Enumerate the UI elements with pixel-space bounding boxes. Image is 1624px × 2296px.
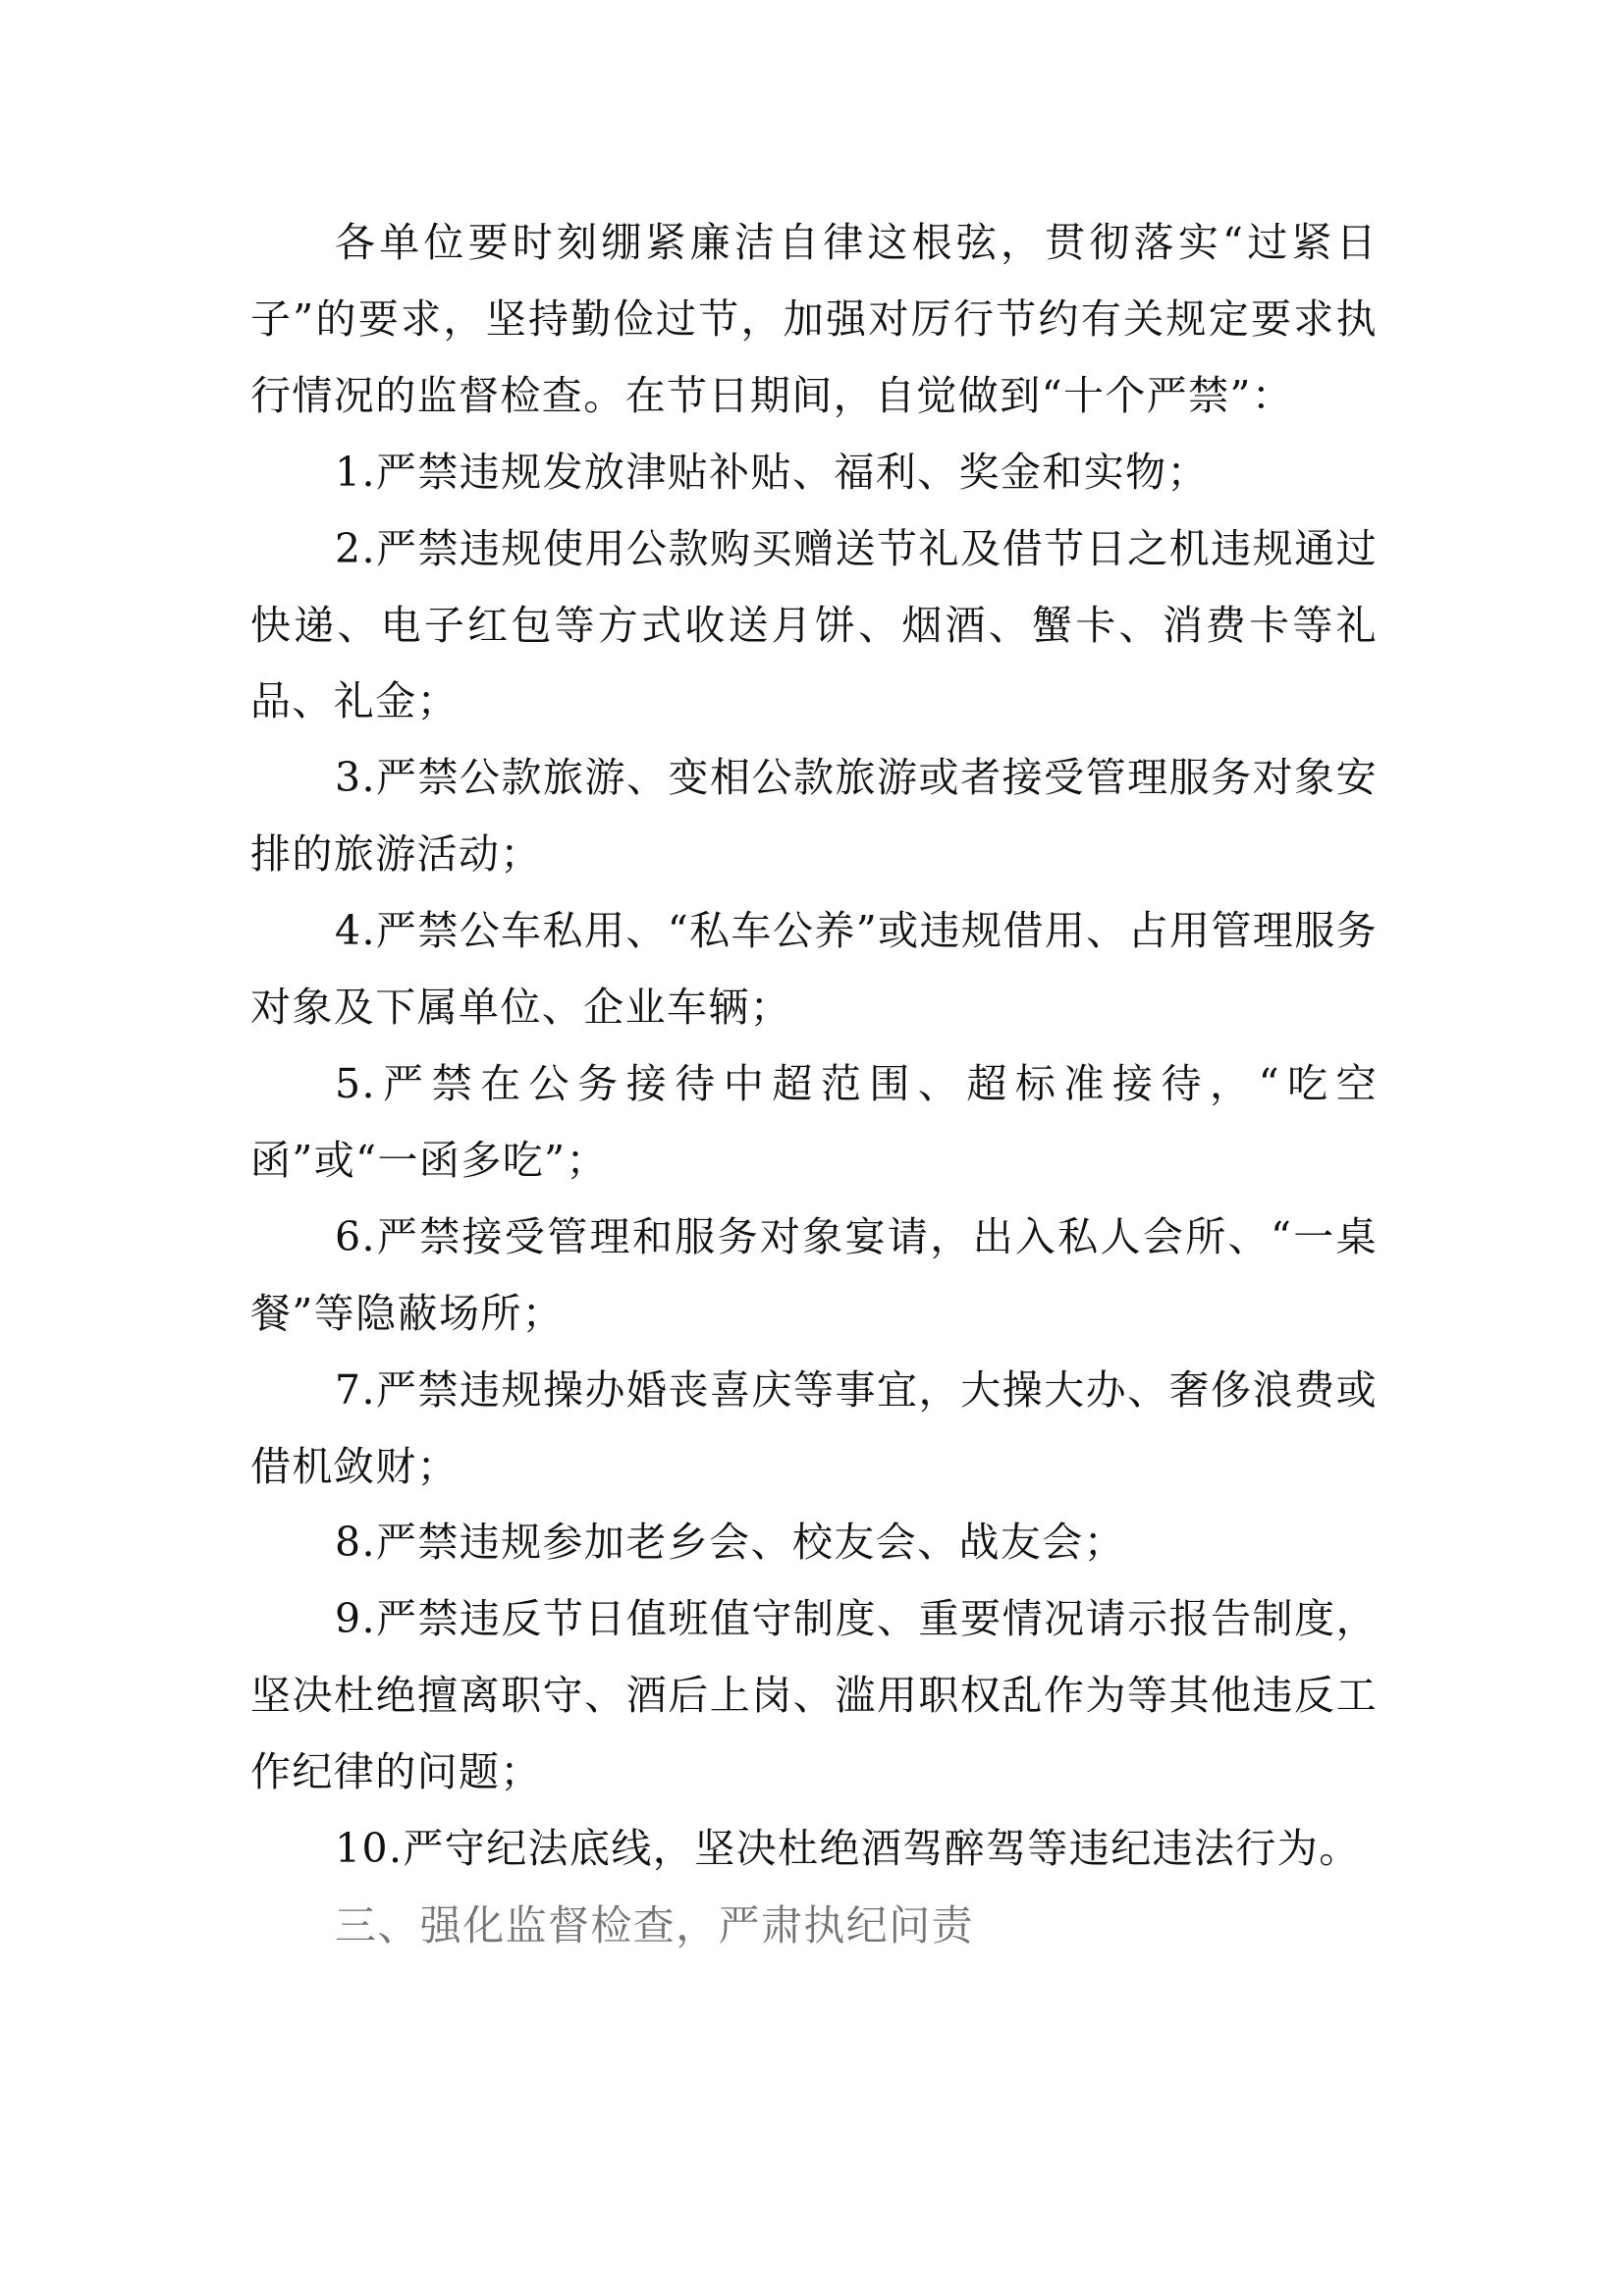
intro-paragraph: 各单位要时刻绷紧廉洁自律这根弦，贯彻落实“过紧日子”的要求，坚持勤俭过节，加强对… — [250, 205, 1378, 435]
rule-text: 严守纪法底线，坚决杜绝酒驾醉驾等违纪违法行为。 — [403, 1825, 1360, 1872]
rule-number: 8. — [335, 1519, 376, 1566]
rule-text: 严禁违反节日值班值守制度、重要情况请示报告制度，坚决杜绝擅离职守、酒后上岗、滥用… — [250, 1595, 1378, 1795]
rule-text: 严禁违规参加老乡会、校友会、战友会； — [376, 1519, 1125, 1566]
document-page: 各单位要时刻绷紧廉洁自律这根弦，贯彻落实“过紧日子”的要求，坚持勤俭过节，加强对… — [0, 0, 1624, 2296]
rule-number: 10. — [335, 1825, 403, 1872]
rule-item-1: 1.严禁违规发放津贴补贴、福利、奖金和实物； — [250, 435, 1378, 511]
rule-item-9: 9.严禁违反节日值班值守制度、重要情况请示报告制度，坚决杜绝擅离职守、酒后上岗、… — [250, 1581, 1378, 1811]
rule-number: 6. — [335, 1213, 376, 1260]
rule-number: 7. — [335, 1366, 376, 1414]
rule-number: 9. — [335, 1595, 376, 1642]
rule-item-8: 8.严禁违规参加老乡会、校友会、战友会； — [250, 1505, 1378, 1581]
rule-text: 严禁违规发放津贴补贴、福利、奖金和实物； — [376, 449, 1209, 496]
rule-item-2: 2.严禁违规使用公款购买赠送节礼及借节日之机违规通过快递、电子红包等方式收送月饼… — [250, 511, 1378, 741]
rule-item-6: 6.严禁接受管理和服务对象宴请，出入私人会所、“一桌餐”等隐蔽场所； — [250, 1200, 1378, 1353]
rule-text: 严禁违规操办婚丧喜庆等事宜，大操大办、奢侈浪费或借机敛财； — [250, 1366, 1378, 1490]
rule-item-10: 10.严守纪法底线，坚决杜绝酒驾醉驾等违纪违法行为。 — [250, 1811, 1378, 1888]
rule-item-3: 3.严禁公款旅游、变相公款旅游或者接受管理服务对象安排的旅游活动； — [250, 740, 1378, 893]
rule-item-4: 4.严禁公车私用、“私车公养”或违规借用、占用管理服务对象及下属单位、企业车辆； — [250, 893, 1378, 1046]
rule-number: 1. — [335, 449, 376, 496]
rule-text: 严禁在公务接待中超范围、超标准接待，“吃空函”或“一函多吃”； — [250, 1060, 1378, 1184]
rule-number: 5. — [335, 1060, 376, 1107]
rule-number: 4. — [335, 907, 376, 954]
rule-item-7: 7.严禁违规操办婚丧喜庆等事宜，大操大办、奢侈浪费或借机敛财； — [250, 1353, 1378, 1506]
section-heading: 三、强化监督检查，严肃执纪问责 — [250, 1888, 1378, 1964]
document-body: 各单位要时刻绷紧廉洁自律这根弦，贯彻落实“过紧日子”的要求，坚持勤俭过节，加强对… — [250, 205, 1378, 1964]
rule-number: 2. — [335, 525, 376, 572]
rule-text: 严禁违规使用公款购买赠送节礼及借节日之机违规通过快递、电子红包等方式收送月饼、烟… — [250, 525, 1378, 725]
rule-item-5: 5.严禁在公务接待中超范围、超标准接待，“吃空函”或“一函多吃”； — [250, 1046, 1378, 1200]
rule-number: 3. — [335, 754, 376, 801]
rule-text: 严禁公车私用、“私车公养”或违规借用、占用管理服务对象及下属单位、企业车辆； — [250, 907, 1378, 1031]
rule-text: 严禁公款旅游、变相公款旅游或者接受管理服务对象安排的旅游活动； — [250, 754, 1378, 878]
rule-text: 严禁接受管理和服务对象宴请，出入私人会所、“一桌餐”等隐蔽场所； — [250, 1213, 1378, 1337]
